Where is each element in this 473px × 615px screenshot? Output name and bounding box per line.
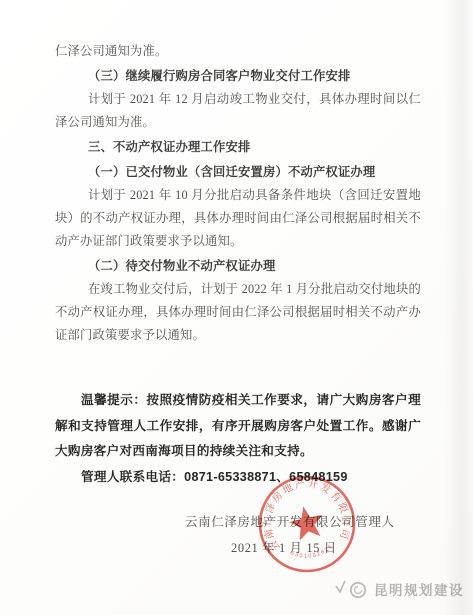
kunming-logo-icon xyxy=(334,579,370,599)
signature-date: 2021 年 1 月 15 日 xyxy=(231,538,337,556)
paragraph: 计划于 2021 年 12 月启动竣工物业交付，具体办理时间以仁泽公司通知为准。 xyxy=(55,88,421,134)
page-edge-shadow xyxy=(443,0,473,615)
paragraph: 计划于 2021 年 10 月分批启动具备条件地块（含回迁安置地块）的不动产权证… xyxy=(55,184,421,253)
contact-phone-line: 管理人联系电话：0871-65338871、65848159 xyxy=(55,465,421,490)
paragraph: 在竣工物业交付后，计划于 2022 年 1 月分批启动交付地块的不动产权证办理，… xyxy=(55,278,421,347)
paragraph: 仁泽公司通知为准。 xyxy=(55,40,421,63)
watermark: 昆明规划建设 xyxy=(334,579,464,599)
scanned-notice-page: 仁泽公司通知为准。 （三）继续履行购房合同客户物业交付工作安排 计划于 2021… xyxy=(0,0,473,615)
signature-company-name: 云南仁泽房地产开发有限公司管理人 xyxy=(185,512,395,530)
section-heading: （一）已交付物业（含回迁安置房）不动产权证办理 xyxy=(55,161,421,184)
document-body: 仁泽公司通知为准。 （三）继续履行购房合同客户物业交付工作安排 计划于 2021… xyxy=(55,40,421,490)
section-heading: （三）继续履行购房合同客户物业交付工作安排 xyxy=(55,65,421,88)
section-heading: （二）待交付物业不动产权证办理 xyxy=(55,255,421,278)
section-heading: 三、不动产权证办理工作安排 xyxy=(55,136,421,159)
notice-paragraph: 温馨提示：按照疫情防疫相关工作要求，请广大购房客户理解和支持管理人工作安排，有序… xyxy=(55,388,421,465)
watermark-text: 昆明规划建设 xyxy=(374,579,464,599)
